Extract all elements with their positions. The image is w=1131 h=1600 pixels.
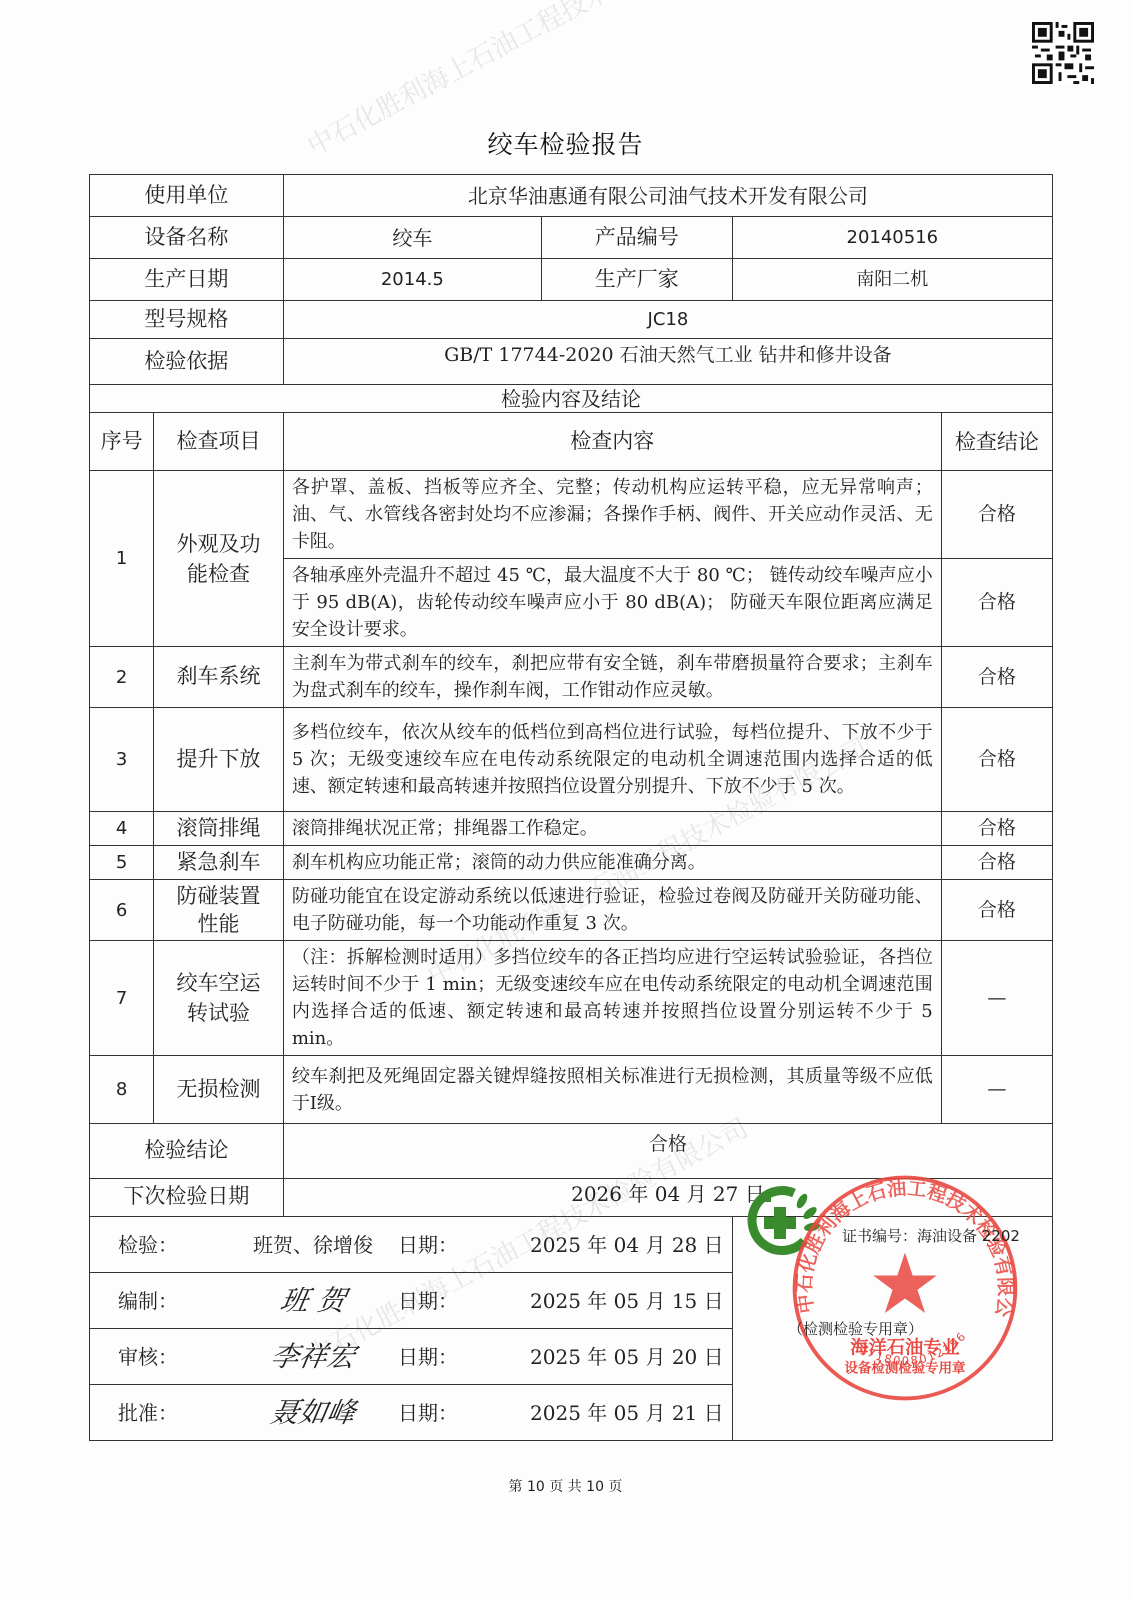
row-item: 绞车空运转试验 (154, 941, 284, 1056)
row-content: 各护罩、盖板、挡板等应齐全、完整；传动机构应运转平稳，应无异常响声；油、气、水管… (283, 471, 941, 559)
row-result: 合格 (941, 812, 1052, 846)
row-content: 主刹车为带式刹车的绞车，刹把应带有安全链，刹车带磨损量符合要求；主刹车为盘式刹车… (283, 647, 941, 708)
table-row: 3 提升下放 多档位绞车，依次从绞车的低档位到高档位进行试验，每档位提升、下放不… (90, 708, 1053, 812)
stamp-inner-text: （检测检验专用章） (788, 1318, 923, 1339)
row-seq: 3 (90, 708, 154, 812)
row-item: 防碰装置性能 (154, 880, 284, 941)
table-row: 7 绞车空运转试验 （注：拆解检测时适用）多挡位绞车的各正挡均应进行空运转试验验… (90, 941, 1053, 1056)
signature-name: 班贺、徐增俊 (228, 1230, 398, 1260)
row-seq: 4 (90, 812, 154, 846)
row-result: — (941, 941, 1052, 1056)
column-header-item: 检查项目 (154, 413, 284, 471)
official-seal-icon: 中石化胜利海上石油工程技术检验有限公司 海洋石油专业 设备检测检验专用章 371… (785, 1168, 1025, 1408)
equipment-name-value: 绞车 (283, 217, 541, 259)
qr-code-icon (1032, 22, 1094, 84)
next-inspection-label: 下次检验日期 (90, 1179, 284, 1217)
handwritten-signature: 李祥宏 (224, 1336, 401, 1378)
basis-value: GB/T 17744-2020 石油天然气工业 钻井和修井设备 (283, 339, 1052, 385)
table-row: 8 无损检测 绞车刹把及死绳固定器关键焊缝按照相关标准进行无损检测，其质量等级不… (90, 1056, 1053, 1124)
basis-label: 检验依据 (90, 339, 284, 385)
user-unit-value: 北京华油惠通有限公司油气技术开发有限公司 (283, 175, 1052, 217)
handwritten-signature: 聂如峰 (224, 1392, 401, 1434)
row-seq: 1 (90, 471, 154, 647)
signature-role: 批准： (90, 1398, 228, 1428)
page-number: 第 10 页 共 10 页 (0, 1476, 1131, 1496)
row-content: 防碰功能宜在设定游动系统以低速进行验证，检验过卷阀及防碰开关防碰功能、电子防碰功… (283, 880, 941, 941)
column-header-content: 检查内容 (283, 413, 941, 471)
signature-role: 检验： (90, 1230, 228, 1260)
signature-date: 2025 年 05 月 20 日 (493, 1342, 732, 1372)
row-seq: 5 (90, 846, 154, 880)
table-row: 1 外观及功能检查 各护罩、盖板、挡板等应齐全、完整；传动机构应运转平稳，应无异… (90, 471, 1053, 559)
table-row: 4 滚筒排绳 滚筒排绳状况正常；排绳器工作稳定。 合格 (90, 812, 1053, 846)
handwritten-signature: 班 贺 (224, 1280, 401, 1322)
row-content: 绞车刹把及死绳固定器关键焊缝按照相关标准进行无损检测，其质量等级不应低于Ⅰ级。 (283, 1056, 941, 1124)
row-content: 滚筒排绳状况正常；排绳器工作稳定。 (283, 812, 941, 846)
row-seq: 8 (90, 1056, 154, 1124)
row-result: 合格 (941, 846, 1052, 880)
production-date-value: 2014.5 (283, 259, 541, 301)
signature-date: 2025 年 04 月 28 日 (493, 1230, 732, 1260)
row-content: 多档位绞车，依次从绞车的低档位到高档位进行试验，每档位提升、下放不少于 5 次；… (283, 708, 941, 812)
column-header-result: 检查结论 (941, 413, 1052, 471)
row-result: 合格 (941, 647, 1052, 708)
signature-date-label: 日期： (398, 1342, 493, 1372)
column-header-seq: 序号 (90, 413, 154, 471)
row-result: — (941, 1056, 1052, 1124)
row-content: （注：拆解检测时适用）多挡位绞车的各正挡均应进行空运转试验验证，各挡位运转时间不… (283, 941, 941, 1056)
product-no-label: 产品编号 (541, 217, 732, 259)
signature-date-label: 日期： (398, 1286, 493, 1316)
row-seq: 2 (90, 647, 154, 708)
user-unit-label: 使用单位 (90, 175, 284, 217)
row-item: 滚筒排绳 (154, 812, 284, 846)
table-row: 5 紧急刹车 刹车机构应功能正常；滚筒的动力供应能准确分离。 合格 (90, 846, 1053, 880)
manufacturer-value: 南阳二机 (732, 259, 1052, 301)
signature-date: 2025 年 05 月 15 日 (493, 1286, 732, 1316)
model-value: JC18 (283, 301, 1052, 339)
signature-date-label: 日期： (398, 1398, 493, 1428)
product-no-value: 20140516 (732, 217, 1052, 259)
signature-role: 审核： (90, 1342, 228, 1372)
production-date-label: 生产日期 (90, 259, 284, 301)
row-item: 紧急刹车 (154, 846, 284, 880)
signature-date: 2025 年 05 月 21 日 (493, 1398, 732, 1428)
row-result: 合格 (941, 880, 1052, 941)
row-content: 各轴承座外壳温升不超过 45 ℃，最大温度不大于 80 ℃； 链传动绞车噪声应小… (283, 559, 941, 647)
table-row: 6 防碰装置性能 防碰功能宜在设定游动系统以低速进行验证，检验过卷阀及防碰开关防… (90, 880, 1053, 941)
conclusion-label: 检验结论 (90, 1124, 284, 1179)
table-row: 2 刹车系统 主刹车为带式刹车的绞车，刹把应带有安全链，刹车带磨损量符合要求；主… (90, 647, 1053, 708)
signature-date-label: 日期： (398, 1230, 493, 1260)
row-result: 合格 (941, 471, 1052, 559)
row-content: 刹车机构应功能正常；滚筒的动力供应能准确分离。 (283, 846, 941, 880)
row-item: 无损检测 (154, 1056, 284, 1124)
report-title: 绞车检验报告 (0, 125, 1131, 161)
row-item: 刹车系统 (154, 647, 284, 708)
signature-role: 编制： (90, 1286, 228, 1316)
equipment-name-label: 设备名称 (90, 217, 284, 259)
row-seq: 7 (90, 941, 154, 1056)
row-seq: 6 (90, 880, 154, 941)
model-label: 型号规格 (90, 301, 284, 339)
manufacturer-label: 生产厂家 (541, 259, 732, 301)
certificate-number: 证书编号：海油设备 2202 (842, 1225, 1020, 1246)
row-result: 合格 (941, 708, 1052, 812)
section-title: 检验内容及结论 (90, 385, 1053, 413)
row-item: 外观及功能检查 (154, 471, 284, 647)
row-item: 提升下放 (154, 708, 284, 812)
row-result: 合格 (941, 559, 1052, 647)
